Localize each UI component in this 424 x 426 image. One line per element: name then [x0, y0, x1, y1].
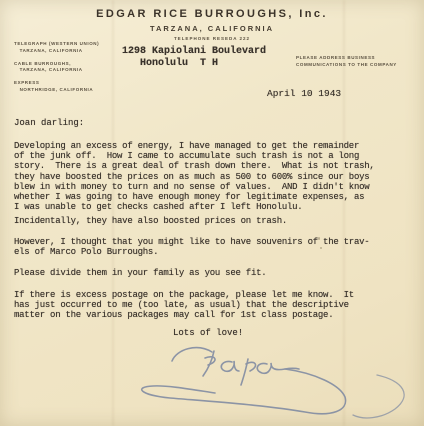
typed-address: 1298 Kapiolani Boulevard Honolulu T H — [122, 46, 266, 69]
letterhead-company: EDGAR RICE BURROUGHS, Inc. — [0, 8, 424, 20]
body-paragraph: Developing an excess of energy, I have m… — [14, 141, 375, 212]
paper-crease — [112, 0, 114, 426]
signature-papa — [115, 335, 420, 426]
body-paragraph: Incidentally, they have also boosted pri… — [14, 216, 287, 226]
body-paragraph: If there is excess postage on the packag… — [14, 290, 354, 321]
letterhead-address-note: PLEASE ADDRESS BUSINESS COMMUNICATIONS T… — [296, 55, 397, 68]
salutation: Joan darling: — [14, 118, 84, 128]
letter-page: EDGAR RICE BURROUGHS, Inc. TARZANA, CALI… — [0, 0, 424, 426]
letterhead-telegraph-info: TELEGRAPH (WESTERN UNION) TARZANA, CALIF… — [14, 41, 99, 93]
body-paragraph: Please divide them in your family as you… — [14, 268, 266, 278]
body-paragraph: However, I thought that you might like t… — [14, 237, 369, 257]
letterhead-location: TARZANA, CALIFORNIA — [0, 24, 424, 33]
letter-date: April 10 1943 — [267, 88, 341, 99]
